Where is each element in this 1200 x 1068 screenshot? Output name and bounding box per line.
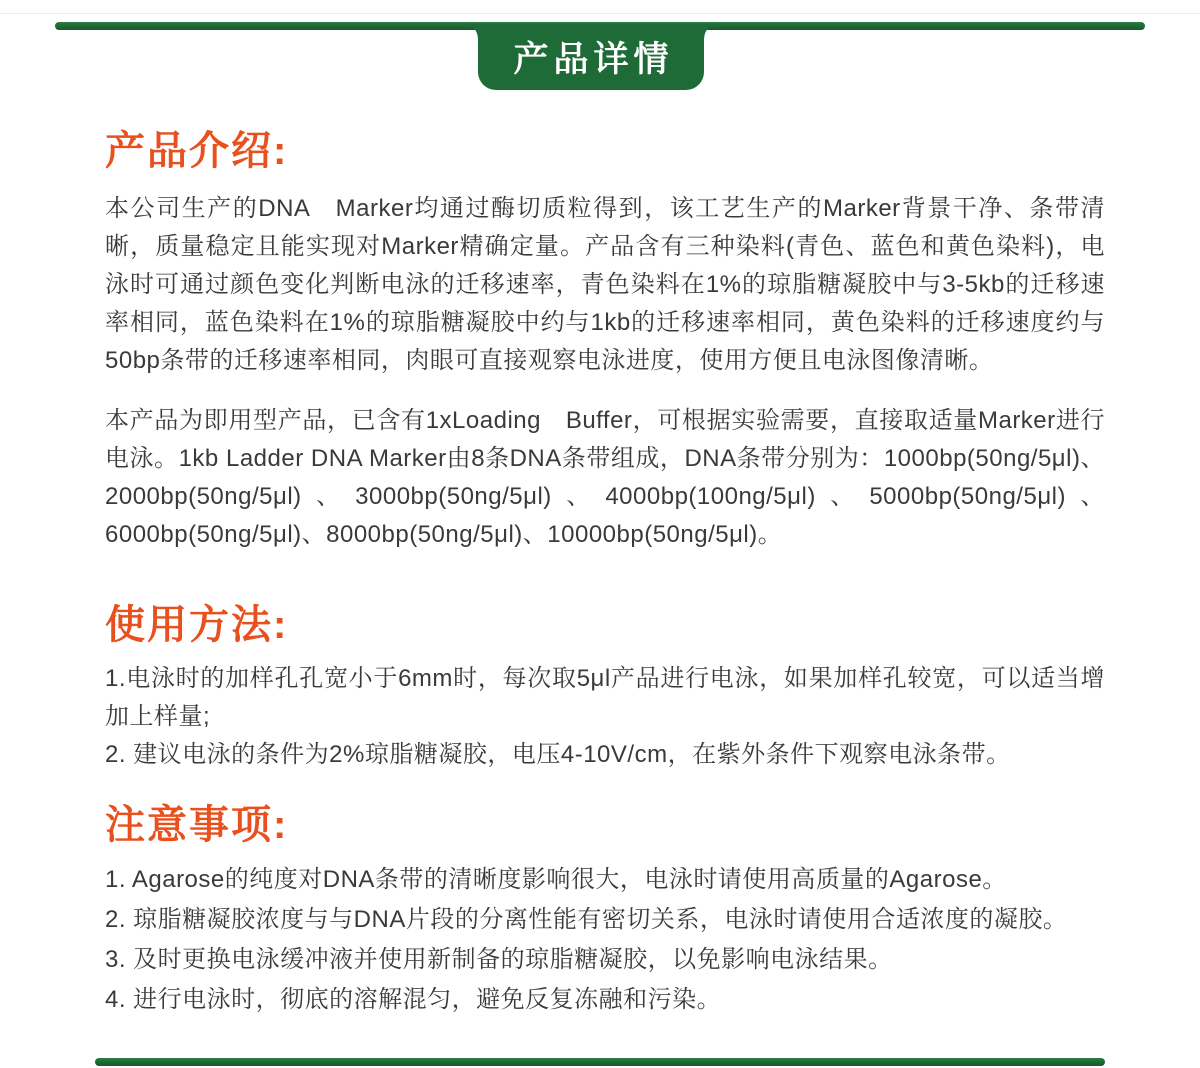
notes-item-2: 2. 琼脂糖凝胶浓度与与DNA片段的分离性能有密切关系，电泳时请使用合适浓度的凝… [105,900,1105,940]
section-heading-notes: 注意事项: [105,800,1105,850]
intro-paragraph-2: 本产品为即用型产品，已含有1xLoading Buffer，可根据实验需要，直接… [105,402,1105,554]
notes-item-1: 1. Agarose的纯度对DNA条带的清晰度影响很大，电泳时请使用高质量的Ag… [105,860,1105,900]
section-heading-product-intro: 产品介绍: [105,126,1105,176]
notes-item-4: 4. 进行电泳时，彻底的溶解混匀，避免反复冻融和污染。 [105,980,1105,1020]
notes-item-3: 3. 及时更换电泳缓冲液并使用新制备的琼脂糖凝胶，以免影响电泳结果。 [105,940,1105,980]
intro-paragraph-1: 本公司生产的DNA Marker均通过酶切质粒得到，该工艺生产的Marker背景… [105,190,1105,380]
product-detail-page: 产品详情 产品介绍: 本公司生产的DNA Marker均通过酶切质粒得到，该工艺… [0,0,1200,1068]
usage-item-1: 1.电泳时的加样孔孔宽小于6mm时，每次取5μl产品进行电泳，如果加样孔较宽，可… [105,660,1105,736]
content-area: 产品介绍: 本公司生产的DNA Marker均通过酶切质粒得到，该工艺生产的Ma… [105,0,1105,1020]
footer-green-bar [95,1058,1105,1066]
usage-item-2: 2. 建议电泳的条件为2%琼脂糖凝胶，电压4-10V/cm，在紫外条件下观察电泳… [105,736,1105,774]
section-heading-usage: 使用方法: [105,600,1105,650]
